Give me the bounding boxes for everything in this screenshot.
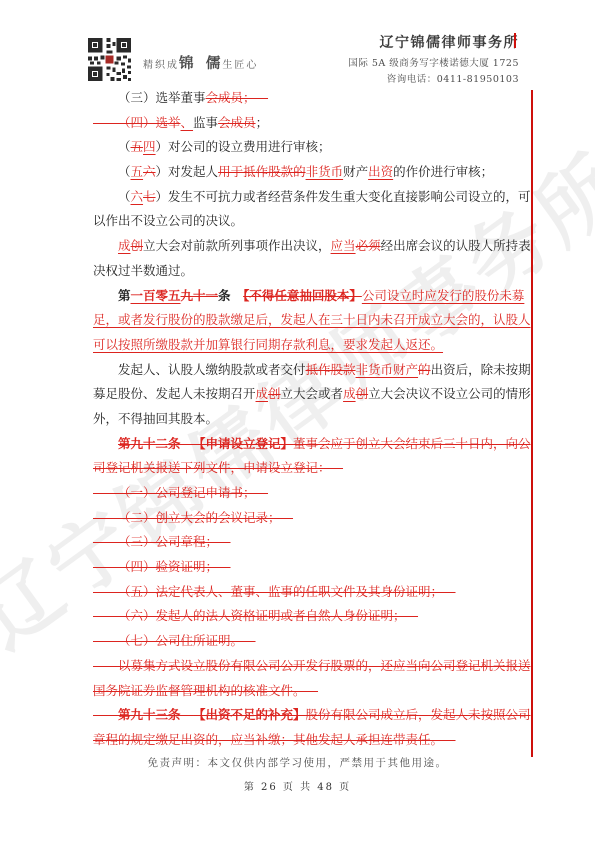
deleted-text: 董事会应于创立大会结束后三十日内，向公 [293,436,531,451]
deleted-text: — [181,707,194,722]
kept-text: ）对公司的设立费用进行审核； [156,139,331,154]
slogan-char-jin: 锦 [179,55,196,72]
firm-phone: 咨询电话：0411-81950103 [348,72,519,88]
kept-text: ； [256,115,269,130]
deleted-text: 七 [143,189,156,204]
text-line: ——第九十三条—【出资不足的补充】股份有限公司成立后，发起人未按照公司 [93,703,525,728]
change-bar-body [531,90,533,757]
text-line: ——（六）发起人的法人资格证明或者自然人身份证明；— [93,604,525,629]
text-line: 第九十二条—【申请设立登记】董事会应于创立大会结束后三十日内，向公 [93,432,525,457]
kept-text: （ [118,164,131,179]
text-line: ——（四）选举、监事会成员； [93,111,525,136]
text-line: 可以按照所缴股款并加算银行同期存款利息，要求发起人返还。 [93,333,525,358]
text-line: （三）选举董事会成员；— [93,86,525,111]
text-line: ——（二）创立大会的会议记录；— [93,506,525,531]
text-line: ——（一）公司登记申请书；— [93,481,525,506]
inserted-text: 应当 [331,238,356,253]
kept-text: 立大会对前款所列事项作出决议， [143,238,331,253]
deleted-text: 第九十二条 [118,436,181,451]
deleted-text: ——（六）发起人的法人资格证明或者自然人身份证明；— [93,608,418,623]
inserted-text: 一百零五 [131,288,181,303]
kept-text: 立大会或者 [281,386,344,401]
deleted-text: ——（四）验资证明；— [93,559,231,574]
kept-text: 出资后，除未按期 [431,362,531,377]
deleted-text: ——（二）创立大会的会议记录；— [93,510,293,525]
text-line: 足，或者发行股份的股款缴足后，发起人在三十日内未召开成立大会的，认股人 [93,308,525,333]
document-page: 辽宁锦儒律师事务所 精织成 [0,0,595,842]
deleted-text: —— [93,707,118,722]
text-line: 司登记机关报送下列文件，申请设立登记：— [93,456,525,481]
kept-text: ）对发起人 [156,164,219,179]
deleted-text: 创 [268,386,281,401]
kept-text: 决权过半数通过。 [93,263,193,278]
text-line: ——（四）验资证明；— [93,555,525,580]
inserted-text: 成 [343,386,356,401]
text-line: 发起人、认股人缴纳股款或者交付抵作股款非货币财产的出资后，除未按期 [93,358,525,383]
inserted-text: 四 [143,139,156,154]
deleted-text: 会成员 [218,115,256,130]
text-line: （六七）发生不可抗力或者经营条件发生重大变化直接影响公司设立的，可 [93,185,525,210]
page-number: 第 26 页 共 48 页 [0,778,595,793]
deleted-text: 必须 [356,238,381,253]
inserted-text: 足，或者发行股份的股款缴足后，发起人在三十日内未召开成立大会的，认股人 [93,312,531,327]
slogan-char-ru: 儒 [206,55,223,72]
inserted-text: 非货币 [306,164,344,179]
text-line: 外，不得抽回其股本。 [93,407,525,432]
inserted-text: 出资 [368,164,393,179]
text-line: 决权过半数通过。 [93,259,525,284]
text-line: 以作出不设立公司的决议。 [93,209,525,234]
change-bar-header [514,33,516,48]
inserted-text: 公司设立时应发行的股份未募 [362,288,525,303]
deleted-text: 章程的规定缴足出资的，应当补缴；其他发起人承担连带责任。— [93,732,456,747]
inserted-text: 非货币财产 [356,362,419,377]
text-line: ——（七）公司住所证明。— [93,629,525,654]
inserted-text: 六 [131,189,144,204]
kept-text: 立大会决议不设立公司的情形 [368,386,531,401]
deleted-text: 第九十三条 [118,707,181,722]
deleted-text: 的 [418,362,431,377]
kept-text: 的作价进行审核； [393,164,493,179]
inserted-text: 、 [181,115,194,130]
firm-address: 国际 5A 级商务写字楼诺德大厦 1725 [348,56,519,72]
deleted-text: 国务院证券监督管理机构的核准文件。— [93,683,318,698]
text-line: 成创立大会对前款所列事项作出决议，应当必须经出席会议的认股人所持表 [93,234,525,259]
deleted-text: ——（一）公司登记申请书；— [93,485,268,500]
deleted-text: 会成员；— [206,90,269,105]
kept-text: 财产 [343,164,368,179]
deleted-text: 【不得任意抽回股本】 [243,288,362,303]
text-line: （五六）对发起人用于抵作股款的非货币财产出资的作价进行审核； [93,160,525,185]
deleted-text: 创 [131,238,144,253]
kept-text: 经出席会议的认股人所持表 [381,238,531,253]
inserted-text: 成 [256,386,269,401]
text-line: ——（三）公司章程；— [93,530,525,555]
inserted-text: 可以按照所缴股款并加算银行同期存款利息，要求发起人返还。 [93,337,443,352]
text-line: ——以募集方式设立股份有限公司公开发行股票的，还应当向公司登记机关报送 [93,654,525,679]
firm-name: 辽宁锦儒律师事务所 [348,32,519,52]
deleted-text: 抵作股款 [306,362,356,377]
deleted-text: 【申请设立登记】 [193,436,293,451]
deleted-text: 【出资不足的补充】 [193,707,306,722]
deleted-text: ——（七）公司住所证明。— [93,633,256,648]
text-line: ——（五）法定代表人、董事、监事的任职文件及其身份证明；— [93,580,525,605]
inserted-text: 五 [131,164,144,179]
deleted-text: 五 [131,139,144,154]
slogan-text-tail: 生匠心 [222,60,258,71]
qr-code-icon [88,38,131,81]
deleted-text: 用于抵作股款的 [218,164,306,179]
slogan-text: 精织成 [143,60,179,71]
deleted-text: 司登记机关报送下列文件，申请设立登记：— [93,460,343,475]
text-line: 国务院证券监督管理机构的核准文件。— [93,679,525,704]
letterhead: 辽宁锦儒律师事务所 国际 5A 级商务写字楼诺德大厦 1725 咨询电话：041… [348,32,519,87]
kept-text: 募足股份、发起人未按期召开 [93,386,256,401]
kept-text: 第 [118,288,131,303]
deleted-text: ——（三）公司章程；— [93,534,231,549]
deleted-text: — [181,436,194,451]
footer-disclaimer: 免责声明：本文仅供内部学习使用，严禁用于其他用途。 [0,755,595,770]
deleted-text: 创 [356,386,369,401]
deleted-text: ——（五）法定代表人、董事、监事的任职文件及其身份证明；— [93,584,456,599]
kept-text: ）发生不可抗力或者经营条件发生重大变化直接影响公司设立的，可 [156,189,531,204]
kept-text: 条 [218,288,231,303]
kept-text: 以作出不设立公司的决议。 [93,213,243,228]
text-line: 章程的规定缴足出资的，应当补缴；其他发起人承担连带责任。— [93,728,525,753]
kept-text [231,288,244,303]
kept-text: 外，不得抽回其股本。 [93,411,218,426]
kept-text: （ [118,139,131,154]
deleted-text: 九十一 [181,288,219,303]
firm-slogan: 精织成锦 儒生匠心 [143,52,258,73]
deleted-text: ——以募集方式设立股份有限公司公开发行股票的，还应当向公司登记机关报送 [93,658,531,673]
deleted-text: 六 [143,164,156,179]
text-line: （五四）对公司的设立费用进行审核； [93,135,525,160]
kept-text: （三）选举董事 [118,90,206,105]
kept-text: 发起人、认股人缴纳股款或者交付 [118,362,306,377]
deleted-text: ——（四）选举 [93,115,181,130]
kept-text: （ [118,189,131,204]
deleted-text: 股份有限公司成立后，发起人未按照公司 [306,707,531,722]
text-line: 募足股份、发起人未按期召开成创立大会或者成创立大会决议不设立公司的情形 [93,382,525,407]
document-body: （三）选举董事会成员；———（四）选举、监事会成员；（五四）对公司的设立费用进行… [93,86,525,753]
inserted-text: 成 [118,238,131,253]
kept-text: 监事 [193,115,218,130]
text-line: 第一百零五九十一条 【不得任意抽回股本】公司设立时应发行的股份未募 [93,284,525,309]
